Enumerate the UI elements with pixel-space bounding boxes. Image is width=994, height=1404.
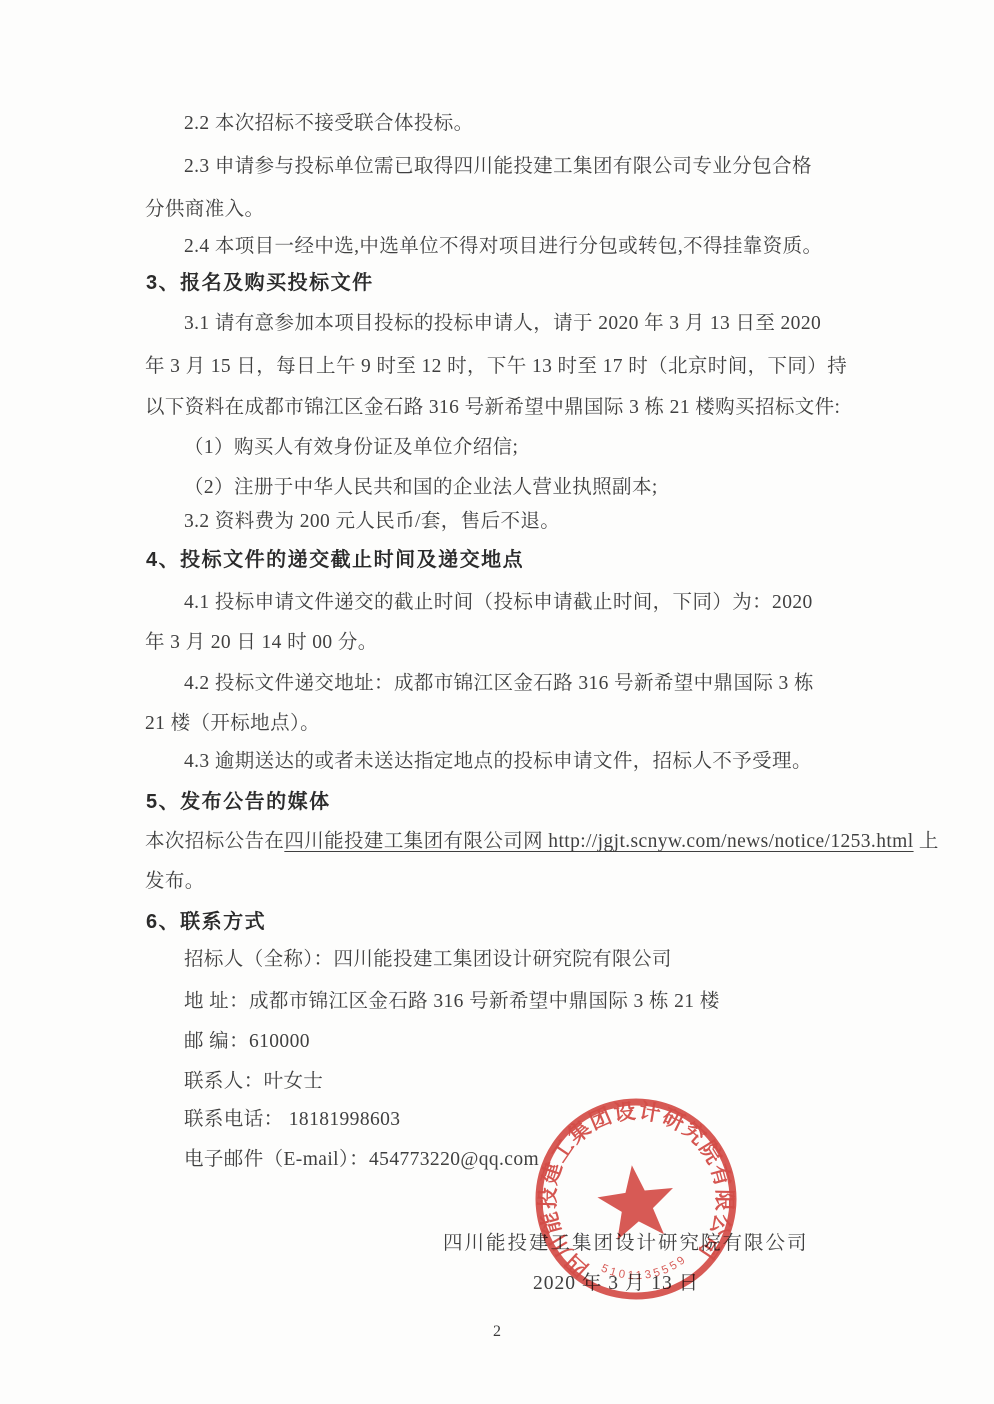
signature-date: 2020 年 3 月 13 日 (533, 1272, 699, 1296)
clause-2-2: 2.2 本次招标不接受联合体投标。 (184, 112, 474, 136)
contact-phone: 联系电话： 18181998603 (184, 1108, 400, 1132)
contact-postcode: 邮 编：610000 (184, 1030, 310, 1054)
announcement-media-line: 本次招标公告在四川能投建工集团有限公司网 http://jgjt.scnyw.c… (145, 830, 939, 854)
clause-3-1-cont-2: 以下资料在成都市锦江区金石路 316 号新希望中鼎国际 3 栋 21 楼购买招标… (145, 396, 840, 420)
seal-star-icon (594, 1161, 678, 1242)
page-number: 2 (0, 1322, 994, 1342)
contact-email: 电子邮件（E-mail）：454773220@qq.com (184, 1148, 539, 1172)
clause-2-3: 2.3 申请参与投标单位需已取得四川能投建工集团有限公司专业分包合格 (184, 155, 812, 179)
clause-4-1-cont: 年 3 月 20 日 14 时 00 分。 (145, 631, 378, 655)
section-5-heading: 5、发布公告的媒体 (146, 790, 331, 815)
clause-2-4: 2.4 本项目一经中选,中选单位不得对项目进行分包或转包,不得挂靠资质。 (184, 235, 822, 259)
clause-3-1-item-1: （1）购买人有效身份证及单位介绍信; (184, 436, 518, 460)
announcement-suffix: 上 (914, 831, 939, 852)
clause-2-3-cont: 分供商准入。 (145, 198, 264, 222)
clause-4-2-cont: 21 楼（开标地点）。 (145, 712, 320, 736)
contact-tenderer: 招标人（全称）：四川能投建工集团设计研究院有限公司 (184, 948, 672, 972)
clause-4-2: 4.2 投标文件递交地址：成都市锦江区金石路 316 号新希望中鼎国际 3 栋 (184, 672, 814, 696)
section-4-heading: 4、投标文件的递交截止时间及递交地点 (146, 548, 524, 573)
signature-company: 四川能投建工集团设计研究院有限公司 (443, 1232, 809, 1256)
announcement-cont: 发布。 (145, 870, 205, 894)
section-3-heading: 3、报名及购买投标文件 (146, 271, 374, 296)
clause-3-2: 3.2 资料费为 200 元人民币/套，售后不退。 (184, 510, 560, 534)
notice-url-link[interactable]: 四川能投建工集团有限公司网 http://jgjt.scnyw.com/news… (284, 831, 913, 852)
clause-3-1-item-2: （2）注册于中华人民共和国的企业法人营业执照副本; (184, 476, 658, 500)
document-page: 2.2 本次招标不接受联合体投标。 2.3 申请参与投标单位需已取得四川能投建工… (0, 0, 994, 1404)
section-6-heading: 6、联系方式 (146, 910, 266, 935)
clause-4-1: 4.1 投标申请文件递交的截止时间（投标申请截止时间，下同）为：2020 (184, 591, 813, 615)
contact-person: 联系人：叶女士 (184, 1070, 323, 1094)
clause-3-1-cont-1: 年 3 月 15 日，每日上午 9 时至 12 时，下午 13 时至 17 时（… (145, 355, 847, 379)
clause-4-3: 4.3 逾期送达的或者未送达指定地点的投标申请文件，招标人不予受理。 (184, 750, 812, 774)
clause-3-1: 3.1 请有意参加本项目投标的投标申请人，请于 2020 年 3 月 13 日至… (184, 312, 821, 336)
contact-address: 地 址：成都市锦江区金石路 316 号新希望中鼎国际 3 栋 21 楼 (184, 990, 720, 1014)
announcement-prefix: 本次招标公告在 (145, 831, 284, 852)
